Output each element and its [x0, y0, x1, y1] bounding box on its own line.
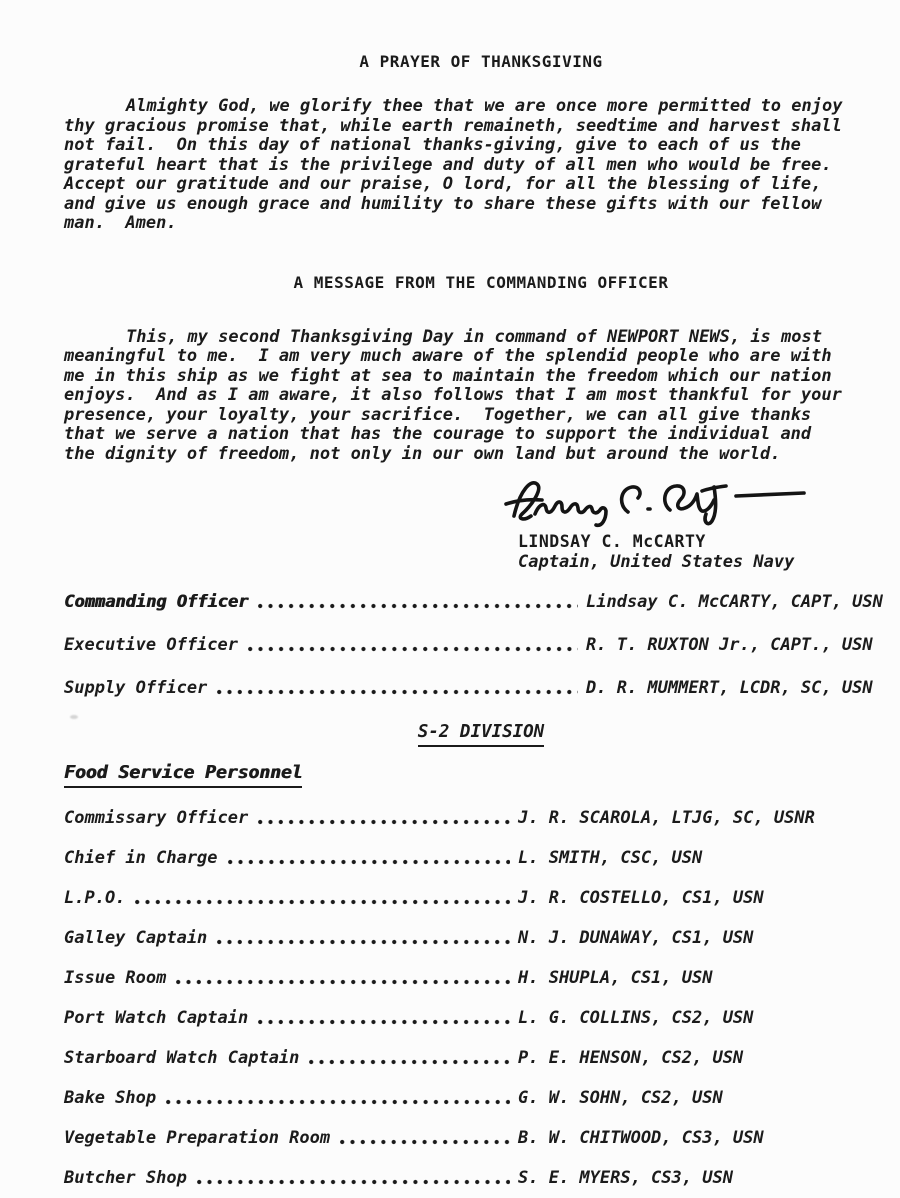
- roster-row: Port Watch Captain L. G. COLLINS, CS2, U…: [64, 1008, 878, 1028]
- roster-role: Issue Room: [64, 968, 166, 988]
- food-service-subtitle: Food Service Personnel: [64, 762, 878, 788]
- roster-name: P. E. HENSON, CS2, USN: [518, 1048, 878, 1068]
- message-title: A MESSAGE FROM THE COMMANDING OFFICER: [64, 273, 878, 293]
- dot-leader: [176, 979, 510, 985]
- roster-row: Commissary Officer J. R. SCAROLA, LTJG, …: [64, 808, 878, 828]
- roster-row: Vegetable Preparation Room B. W. CHITWOO…: [64, 1128, 878, 1148]
- roster-row: Starboard Watch Captain P. E. HENSON, CS…: [64, 1048, 878, 1068]
- roster-name: B. W. CHITWOOD, CS3, USN: [518, 1128, 878, 1148]
- scan-smudge-artifact: [70, 715, 78, 719]
- roster-name: L. G. COLLINS, CS2, USN: [518, 1008, 878, 1028]
- roster-name: Lindsay C. McCARTY, CAPT, USN: [586, 592, 878, 612]
- roster-role: Bake Shop: [64, 1088, 156, 1108]
- dot-leader: [258, 819, 510, 825]
- food-service-subtitle-text: Food Service Personnel: [64, 762, 302, 788]
- dot-leader: [217, 939, 510, 945]
- prayer-body: Almighty God, we glorify thee that we ar…: [64, 97, 878, 234]
- roster-row: Supply Officer D. R. MUMMERT, LCDR, SC, …: [64, 678, 878, 698]
- division-title: S-2 DIVISION: [64, 721, 878, 747]
- roster-role: Port Watch Captain: [64, 1008, 248, 1028]
- dot-leader: [135, 899, 510, 905]
- roster-name: G. W. SOHN, CS2, USN: [518, 1088, 878, 1108]
- roster-name: N. J. DUNAWAY, CS1, USN: [518, 928, 878, 948]
- roster-name: L. SMITH, CSC, USN: [518, 848, 878, 868]
- dot-leader: [258, 1019, 510, 1025]
- roster-name: D. R. MUMMERT, LCDR, SC, USN: [586, 678, 878, 698]
- document-page: A PRAYER OF THANKSGIVING Almighty God, w…: [0, 0, 900, 1198]
- dot-leader: [248, 646, 578, 652]
- command-staff-list: Commanding Officer Lindsay C. McCARTY, C…: [64, 592, 878, 698]
- signature-block: LINDSAY C. McCARTY Captain, United State…: [504, 474, 878, 572]
- roster-role: L.P.O.: [64, 888, 125, 908]
- roster-row: Galley Captain N. J. DUNAWAY, CS1, USN: [64, 928, 878, 948]
- signature-typed-name: LINDSAY C. McCARTY: [518, 532, 878, 552]
- roster-role: Supply Officer: [64, 678, 207, 698]
- dot-leader: [197, 1179, 510, 1185]
- roster-role: Executive Officer: [64, 635, 238, 655]
- roster-name: R. T. RUXTON Jr., CAPT., USN: [586, 635, 878, 655]
- roster-role: Galley Captain: [64, 928, 207, 948]
- signature-handwriting: [504, 474, 814, 530]
- dot-leader: [217, 689, 578, 695]
- roster-row: Issue Room H. SHUPLA, CS1, USN: [64, 968, 878, 988]
- roster-row: Executive Officer R. T. RUXTON Jr., CAPT…: [64, 635, 878, 655]
- message-body: This, my second Thanksgiving Day in comm…: [64, 328, 878, 465]
- roster-name: J. R. SCAROLA, LTJG, SC, USNR: [518, 808, 878, 828]
- roster-role: Commissary Officer: [64, 808, 248, 828]
- roster-role: Commanding Officer: [64, 592, 248, 612]
- roster-row: Bake Shop G. W. SOHN, CS2, USN: [64, 1088, 878, 1108]
- dot-leader: [166, 1099, 510, 1105]
- roster-role: Vegetable Preparation Room: [64, 1128, 330, 1148]
- division-title-text: S-2 DIVISION: [418, 721, 544, 747]
- roster-role: Starboard Watch Captain: [64, 1048, 299, 1068]
- roster-row: Chief in Charge L. SMITH, CSC, USN: [64, 848, 878, 868]
- roster-role: Butcher Shop: [64, 1168, 187, 1188]
- roster-row: L.P.O. J. R. COSTELLO, CS1, USN: [64, 888, 878, 908]
- roster-name: J. R. COSTELLO, CS1, USN: [518, 888, 878, 908]
- roster-name: H. SHUPLA, CS1, USN: [518, 968, 878, 988]
- dot-leader: [309, 1059, 510, 1065]
- dot-leader: [258, 603, 578, 609]
- roster-name: S. E. MYERS, CS3, USN: [518, 1168, 878, 1188]
- roster-role: Chief in Charge: [64, 848, 218, 868]
- signature-typed-title: Captain, United States Navy: [518, 552, 878, 572]
- roster-row: Commanding Officer Lindsay C. McCARTY, C…: [64, 592, 878, 612]
- dot-leader: [340, 1139, 510, 1145]
- dot-leader: [228, 859, 510, 865]
- roster-row: Butcher Shop S. E. MYERS, CS3, USN: [64, 1168, 878, 1188]
- food-service-list: Commissary Officer J. R. SCAROLA, LTJG, …: [64, 808, 878, 1188]
- prayer-title: A PRAYER OF THANKSGIVING: [64, 52, 878, 72]
